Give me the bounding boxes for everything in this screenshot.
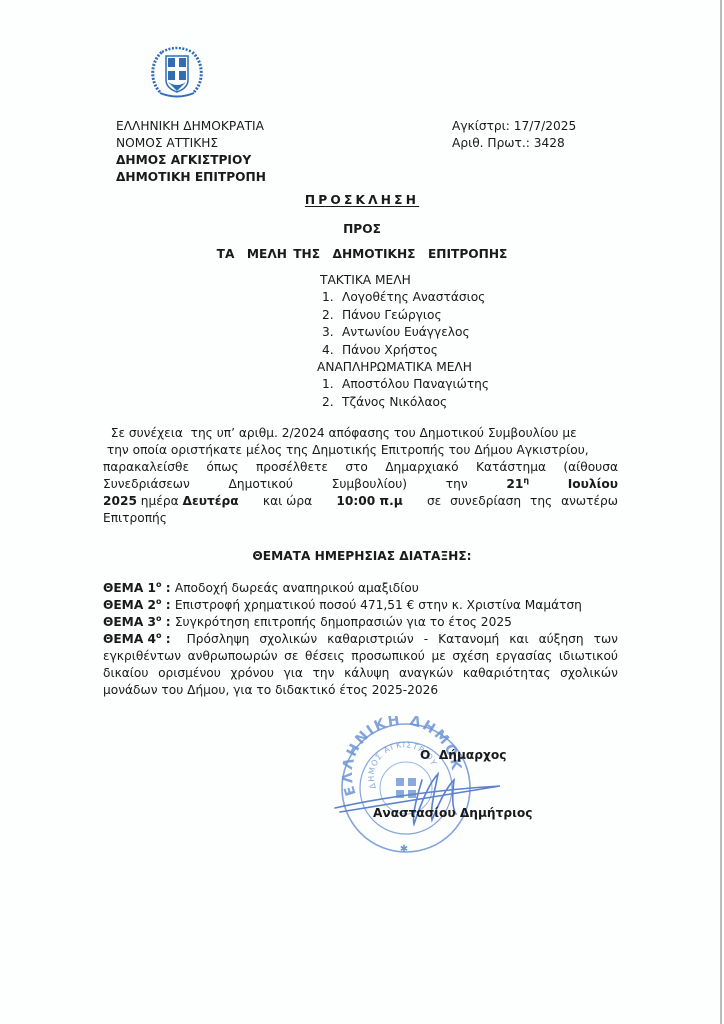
member-name: Τζάνος Νικόλαος (342, 394, 447, 412)
agenda-item-continuation: μονάδων του Δήμου, για το διδακτικό έτος… (103, 682, 618, 699)
agenda-item: ΘΕΜΑ 4ο :Πρόσληψησχολικώνκαθαριστριών-Κα… (103, 631, 618, 648)
body-line: Συνεδριάσεων Δημοτικού Συμβουλίου) την 2… (103, 476, 618, 493)
list-item: 1.Λογοθέτης Αναστάσιος (320, 289, 489, 307)
signatory-role: Ο Δήμαρχος (420, 747, 506, 764)
protocol-number: Αριθ. Πρωτ.: 3428 (452, 135, 576, 152)
agenda-item: ΘΕΜΑ 2ο : Επιστροφή χρηματικού ποσού 471… (103, 597, 618, 614)
list-item: 2.Τζάνος Νικόλαος (320, 394, 489, 412)
issuer-committee: ΔΗΜΟΤΙΚΗ ΕΠΙΤΡΟΠΗ (116, 169, 266, 186)
signatory-name: Αναστασίου Δημήτριος (373, 805, 532, 822)
member-name: Αντωνίου Ευάγγελος (342, 324, 470, 342)
body-line: την οποία οριστήκατε μέλος της Δημοτικής… (103, 442, 618, 459)
body-line: Σε συνέχεια της υπ’ αριθμ. 2/2024 απόφασ… (103, 425, 618, 442)
svg-text:✱: ✱ (400, 844, 408, 855)
agenda-item: ΘΕΜΑ 3ο : Συγκρότηση επιτροπής δημοπρασι… (103, 614, 618, 631)
reference-block: Αγκίστρι: 17/7/2025 Αριθ. Πρωτ.: 3428 (452, 118, 576, 152)
meeting-time: 10:00 π.μ (336, 493, 402, 510)
member-name: Πάνου Γεώργιος (342, 307, 442, 325)
member-name: Αποστόλου Παναγιώτης (342, 376, 489, 394)
place-date: Αγκίστρι: 17/7/2025 (452, 118, 576, 135)
meeting-month: Ιουλίου (568, 476, 618, 493)
body-line: παρακαλείσθεόπωςπροσέλθετεστοΔημαρχιακόΚ… (103, 459, 618, 476)
addressee-label: ΠΡΟΣ (0, 221, 724, 238)
issuer-country: ΕΛΛΗΝΙΚΗ ΔΗΜΟΚΡΑΤΙΑ (116, 118, 266, 135)
member-name: Λογοθέτης Αναστάσιος (342, 289, 485, 307)
agenda-list: ΘΕΜΑ 1ο : Αποδοχή δωρεάς αναπηρικού αμαξ… (103, 580, 618, 699)
substitute-members-heading: ΑΝΑΠΛΗΡΩΜΑΤΙΚΑ ΜΕΛΗ (317, 359, 489, 376)
list-item: 1.Αποστόλου Παναγιώτης (320, 376, 489, 394)
document-title: ΠΡΟΣΚΛΗΣΗ (0, 192, 724, 209)
meeting-day: 21η (506, 476, 529, 493)
agenda-item-continuation: δικαίουορισμένουχρόνουγιατηνκάλυψηαναγκώ… (103, 665, 618, 682)
issuer-prefecture: ΝΟΜΟΣ ΑΤΤΙΚΗΣ (116, 135, 266, 152)
body-line: Επιτροπής (103, 510, 618, 527)
agenda-item: ΘΕΜΑ 1ο : Αποδοχή δωρεάς αναπηρικού αμαξ… (103, 580, 618, 597)
meeting-weekday: Δευτέρα (183, 494, 239, 508)
agenda-heading: ΘΕΜΑΤΑ ΗΜΕΡΗΣΙΑΣ ΔΙΑΤΑΞΗΣ: (0, 548, 724, 565)
issuer-municipality: ΔΗΜΟΣ ΑΓΚΙΣΤΡΙΟΥ (116, 152, 266, 169)
page-edge-border (720, 0, 722, 1024)
issuer-block: ΕΛΛΗΝΙΚΗ ΔΗΜΟΚΡΑΤΙΑ ΝΟΜΟΣ ΑΤΤΙΚΗΣ ΔΗΜΟΣ … (116, 118, 266, 186)
member-list: ΤΑΚΤΙΚΑ ΜΕΛΗ 1.Λογοθέτης Αναστάσιος 2.Πά… (320, 272, 489, 411)
invitation-body: Σε συνέχεια της υπ’ αριθμ. 2/2024 απόφασ… (103, 425, 618, 527)
document-page: ΕΛΛΗΝΙΚΗ ΔΗΜΟΚΡΑΤΙΑ ΝΟΜΟΣ ΑΤΤΙΚΗΣ ΔΗΜΟΣ … (0, 0, 724, 1024)
addressee-recipients: ΤΑ ΜΕΛΗ ΤΗΣ ΔΗΜΟΤΙΚΗΣ ΕΠΙΤΡΟΠΗΣ (0, 246, 724, 263)
regular-members-heading: ΤΑΚΤΙΚΑ ΜΕΛΗ (320, 272, 489, 289)
list-item: 4.Πάνου Χρήστος (320, 342, 489, 360)
meeting-year: 2025 (103, 494, 137, 508)
list-item: 2.Πάνου Γεώργιος (320, 307, 489, 325)
agenda-item-continuation: εγκριθέντωνανθρωποωρώνσεθέσειςπροσωπικού… (103, 648, 618, 665)
member-name: Πάνου Χρήστος (342, 342, 438, 360)
greek-coat-of-arms-icon (148, 42, 206, 104)
body-line: 2025 ημέρα Δευτέρα και ώρα 10:00 π.μ σε … (103, 493, 618, 510)
list-item: 3.Αντωνίου Ευάγγελος (320, 324, 489, 342)
